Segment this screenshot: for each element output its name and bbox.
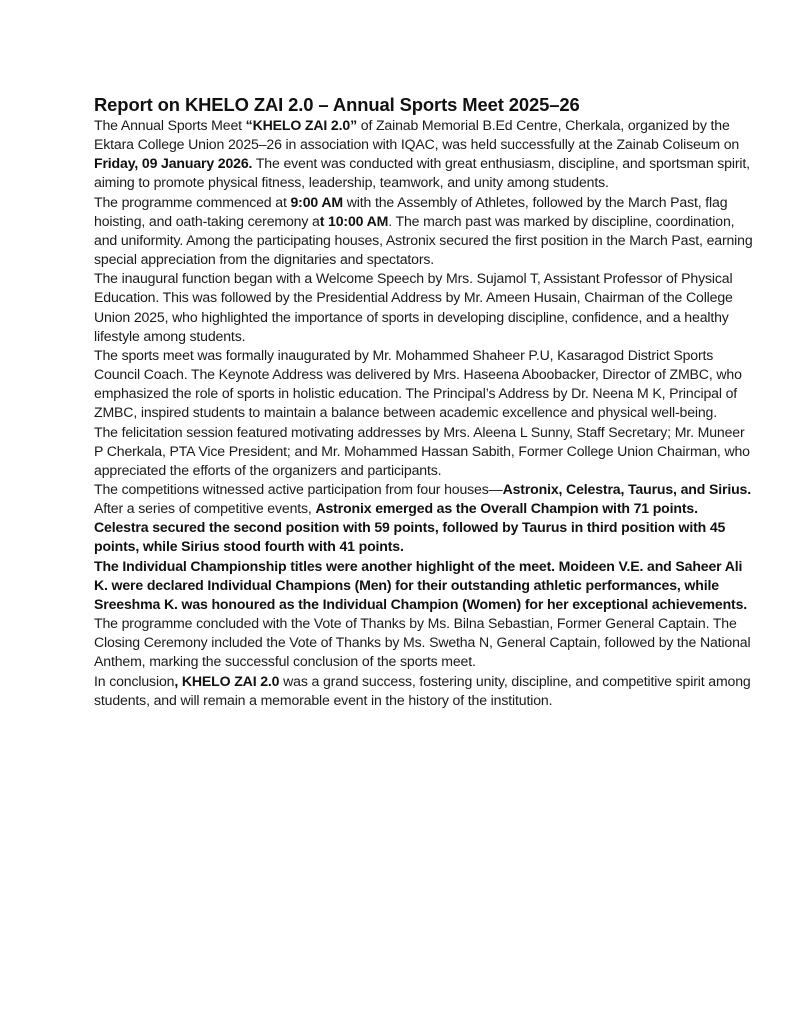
bold-text: The Individual Championship titles were … bbox=[94, 558, 747, 612]
text: In conclusion bbox=[94, 673, 174, 689]
bold-text: Friday, 09 January 2026. bbox=[94, 155, 252, 171]
text: After a series of competitive events, bbox=[94, 500, 315, 516]
bold-text: , KHELO ZAI 2.0 bbox=[174, 673, 279, 689]
document-body: The Annual Sports Meet “KHELO ZAI 2.0” o… bbox=[94, 116, 754, 710]
document-page: Report on KHELO ZAI 2.0 – Annual Sports … bbox=[94, 93, 754, 710]
body-paragraph: The Annual Sports Meet “KHELO ZAI 2.0” o… bbox=[94, 116, 754, 193]
text: The sports meet was formally inaugurated… bbox=[94, 347, 742, 420]
body-paragraph: The programme concluded with the Vote of… bbox=[94, 614, 754, 671]
bold-text: “KHELO ZAI 2.0” bbox=[246, 117, 357, 133]
body-paragraph: The competitions witnessed active partic… bbox=[94, 480, 754, 557]
text: The inaugural function began with a Welc… bbox=[94, 270, 733, 343]
body-paragraph: The sports meet was formally inaugurated… bbox=[94, 346, 754, 423]
text: The competitions witnessed active partic… bbox=[94, 481, 503, 497]
body-paragraph: The Individual Championship titles were … bbox=[94, 557, 754, 614]
bold-text: Astronix, Celestra, Taurus, and Sirius. bbox=[503, 481, 751, 497]
bold-text: 9:00 AM bbox=[290, 194, 342, 210]
text: The programme concluded with the Vote of… bbox=[94, 615, 750, 669]
text: The felicitation session featured motiva… bbox=[94, 424, 750, 478]
bold-text: t 10:00 AM bbox=[320, 213, 388, 229]
body-paragraph: The inaugural function began with a Welc… bbox=[94, 269, 754, 346]
document-title: Report on KHELO ZAI 2.0 – Annual Sports … bbox=[94, 93, 754, 116]
body-paragraph: In conclusion, KHELO ZAI 2.0 was a grand… bbox=[94, 672, 754, 710]
body-paragraph: The programme commenced at 9:00 AM with … bbox=[94, 193, 754, 270]
text: The Annual Sports Meet bbox=[94, 117, 246, 133]
body-paragraph: The felicitation session featured motiva… bbox=[94, 423, 754, 480]
text: The programme commenced at bbox=[94, 194, 290, 210]
